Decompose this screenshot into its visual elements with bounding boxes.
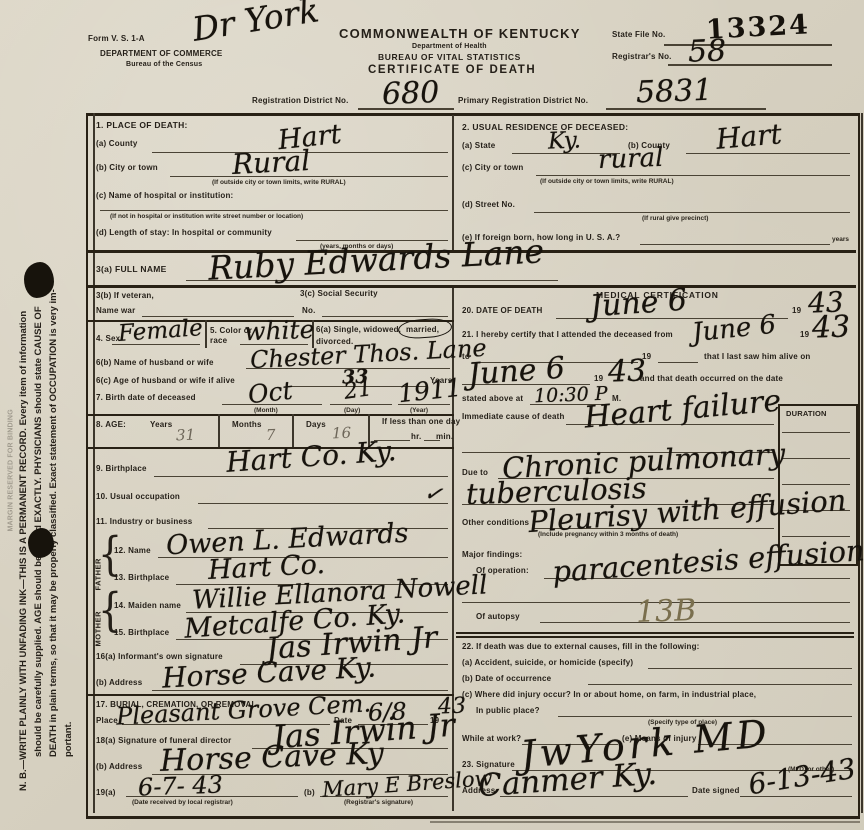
birth-year-caption: (Year): [410, 407, 428, 414]
birthdate-label: 7. Birth date of deceased: [96, 393, 196, 402]
age-label: 8. AGE:: [96, 420, 126, 429]
birth-day-value: 21: [342, 376, 373, 405]
to-year-line: [658, 362, 698, 363]
name-war-label: Name war: [96, 306, 135, 315]
external-b-label: (b) Date of occurrence: [462, 674, 551, 683]
residence-city-value: rural: [597, 143, 663, 175]
birthplace-label: 9. Birthplace: [96, 464, 147, 473]
residence-title: 2. USUAL RESIDENCE OF DECEASED:: [462, 122, 628, 132]
date-signed-label: Date signed: [692, 786, 740, 795]
from-year-value: 43: [811, 309, 850, 345]
external-a-line: [648, 668, 852, 669]
industry-label: 11. Industry or business: [96, 517, 192, 526]
place-of-death-title: 1. PLACE OF DEATH:: [96, 120, 188, 130]
form-right-outer-rule: [861, 113, 863, 813]
hospital-caption: (If not in hospital or institution write…: [110, 213, 303, 220]
social-security-label: 3(c) Social Security: [300, 289, 378, 298]
reg-district-value: 680: [381, 75, 439, 112]
registrar-sig-label: (b): [304, 788, 315, 797]
registrars-no-label: Registrar's No.: [612, 52, 672, 61]
external-a-label: (a) Accident, suicide, or homicide (spec…: [462, 658, 633, 667]
burial-place-label: Place: [96, 716, 118, 725]
hospital-line: [100, 210, 448, 211]
received-label: 19(a): [96, 788, 116, 797]
duration-line: [782, 458, 850, 459]
margin-notice-line4: portant.: [61, 15, 76, 791]
cell-divider: [218, 414, 220, 447]
major-findings-label: Major findings:: [462, 550, 522, 559]
of-operation-label: Of operation:: [476, 566, 529, 575]
race-label2: race: [210, 336, 227, 345]
veteran-label: 3(b) If veteran,: [96, 291, 154, 300]
city-town-value: Rural: [231, 144, 311, 181]
residence-county-line: [686, 153, 850, 154]
death-certificate-scan: MARGIN RESERVED FOR BINDING N. B.—WRITE …: [0, 0, 864, 830]
full-name-label: 3(a) FULL NAME: [96, 264, 167, 274]
other-conditions-caption: (Include pregnancy within 3 months of de…: [538, 531, 678, 538]
foreign-born-suffix: years: [832, 236, 849, 243]
city-town-label: (b) City or town: [96, 163, 158, 172]
dept-commerce: DEPARTMENT OF COMMERCE: [100, 49, 222, 58]
street-no-line: [534, 212, 850, 213]
residence-city-label: (c) City or town: [462, 163, 523, 172]
county-label: (a) County: [96, 139, 138, 148]
margin-binding-text: MARGIN RESERVED FOR BINDING: [8, 272, 15, 532]
residence-city-caption: (If outside city or town limits, write R…: [540, 178, 674, 185]
margin-notice-line3: DEATH in plain terms, so that it may be …: [46, 15, 61, 791]
certify-text-2: that I last saw him alive on: [704, 352, 811, 361]
certify-text-3: and that death occurred on the date: [640, 374, 783, 383]
section-rule: [86, 414, 454, 416]
less-than-day-label: If less than one day: [382, 417, 460, 426]
alive-year-value: 43: [607, 353, 646, 389]
cell-divider: [205, 320, 207, 348]
birth-month-value: Oct: [247, 376, 294, 409]
street-no-label: (d) Street No.: [462, 200, 515, 209]
birth-month-caption: (Month): [254, 407, 278, 414]
received-caption: (Date received by local registrar): [132, 799, 233, 806]
margin-notice: N. B.—WRITE PLAINLY WITH UNFADING INK—TH…: [16, 15, 78, 791]
city-town-caption: (If outside city or town limits, write R…: [212, 179, 346, 186]
ss-no-line: [322, 316, 448, 317]
occupation-label: 10. Usual occupation: [96, 492, 180, 501]
occupation-line: [198, 503, 448, 504]
external-b-line: [588, 684, 852, 685]
margin-notice-line2: should be carefully supplied. AGE should…: [31, 15, 46, 791]
age-months-label: Months: [232, 420, 262, 429]
mother-birthplace-label: 15. Birthplace: [114, 628, 169, 637]
bureau-vital: BUREAU OF VITAL STATISTICS: [378, 52, 521, 62]
external-c-label-2: In public place?: [476, 706, 540, 715]
birth-day-line: [330, 404, 392, 405]
foreign-born-line: [640, 244, 830, 245]
duration-line: [782, 432, 850, 433]
double-rule: [456, 636, 854, 638]
state-file-label: State File No.: [612, 30, 665, 39]
husband-label: 6(b) Name of husband or wife: [96, 358, 214, 367]
certificate-title: CERTIFICATE OF DEATH: [368, 64, 536, 76]
age-years-label: Years: [150, 420, 172, 429]
registrar-sig-caption: (Registrar's signature): [344, 799, 413, 806]
length-of-stay-label: (d) Length of stay: In hospital or commu…: [96, 228, 272, 237]
other-conditions-label: Other conditions: [462, 518, 529, 527]
reg-district-label: Registration District No.: [252, 96, 349, 105]
of-autopsy-label: Of autopsy: [476, 612, 520, 621]
of-autopsy-value: 13B: [635, 593, 696, 630]
alive-year-prefix: 19: [594, 374, 603, 383]
funeral-address-label: (b) Address: [96, 762, 142, 771]
age-months-value: 7: [266, 426, 276, 444]
father-name-label: 12. Name: [114, 546, 151, 555]
ss-no-label: No.: [302, 306, 316, 315]
primary-district-value: 5831: [635, 73, 713, 111]
certify-text-1: 21. I hereby certify that I attended the…: [462, 330, 673, 339]
form-left-inner-rule: [93, 113, 95, 813]
immediate-cause-label: Immediate cause of death: [462, 412, 565, 421]
column-divider: [452, 115, 454, 250]
father-birthplace-label: 13. Birthplace: [114, 573, 169, 582]
stated-above-label: stated above at: [462, 394, 523, 403]
race-value: white: [244, 315, 315, 346]
duration-label: DURATION: [786, 409, 827, 418]
form-number: Form V. S. 1-A: [88, 34, 145, 43]
hospital-label: (c) Name of hospital or institution:: [96, 191, 233, 200]
sex-label: 4. Sex: [96, 334, 120, 343]
hr-label: hr.: [411, 432, 421, 441]
street-no-caption: (If rural give precinct): [642, 215, 708, 222]
ink-blot-icon: [28, 528, 54, 558]
dept-health: Department of Health: [412, 43, 487, 50]
birthplace-line: [154, 476, 448, 477]
marital-label-1: 6(a) Single, widowed,: [316, 325, 401, 334]
received-value: 6-7- 43: [138, 771, 224, 802]
dod-year-prefix: 19: [792, 306, 801, 315]
handwritten-annotation: Dr York: [190, 0, 322, 49]
from-year-prefix: 19: [800, 330, 809, 339]
while-at-work-label: While at work?: [462, 734, 521, 743]
registrars-no-line: [668, 64, 832, 66]
external-causes-title: 22. If death was due to external causes,…: [462, 642, 700, 651]
birth-day-caption: (Day): [344, 407, 360, 414]
residence-city-line: [536, 175, 850, 176]
mother-maiden-label: 14. Maiden name: [114, 601, 181, 610]
scan-artifact-line: [430, 821, 860, 823]
bureau-census: Bureau of the Census: [126, 61, 202, 68]
spouse-age-label: 6(c) Age of husband or wife if alive: [96, 376, 235, 385]
age-days-label: Days: [306, 420, 326, 429]
ink-blot-icon: [24, 262, 54, 298]
informant-address-label: (b) Address: [96, 678, 142, 687]
residence-county-value: Hart: [715, 117, 783, 156]
section-rule: [86, 285, 856, 288]
residence-state-value: Ky.: [548, 127, 582, 154]
external-c-label-1: (c) Where did injury occur? In or about …: [462, 690, 756, 699]
min-label: min.: [436, 432, 453, 441]
age-years-value: 31: [176, 426, 196, 445]
commonwealth-title: COMMONWEALTH OF KENTUCKY: [339, 26, 581, 41]
residence-state-label: (a) State: [462, 141, 495, 150]
primary-district-label: Primary Registration District No.: [458, 96, 588, 105]
double-rule: [456, 632, 854, 634]
date-of-death-value: June 6: [589, 283, 688, 325]
date-of-death-label: 20. DATE OF DEATH: [462, 306, 542, 315]
margin-notice-line1: N. B.—WRITE PLAINLY WITH UNFADING INK—TH…: [16, 15, 31, 791]
